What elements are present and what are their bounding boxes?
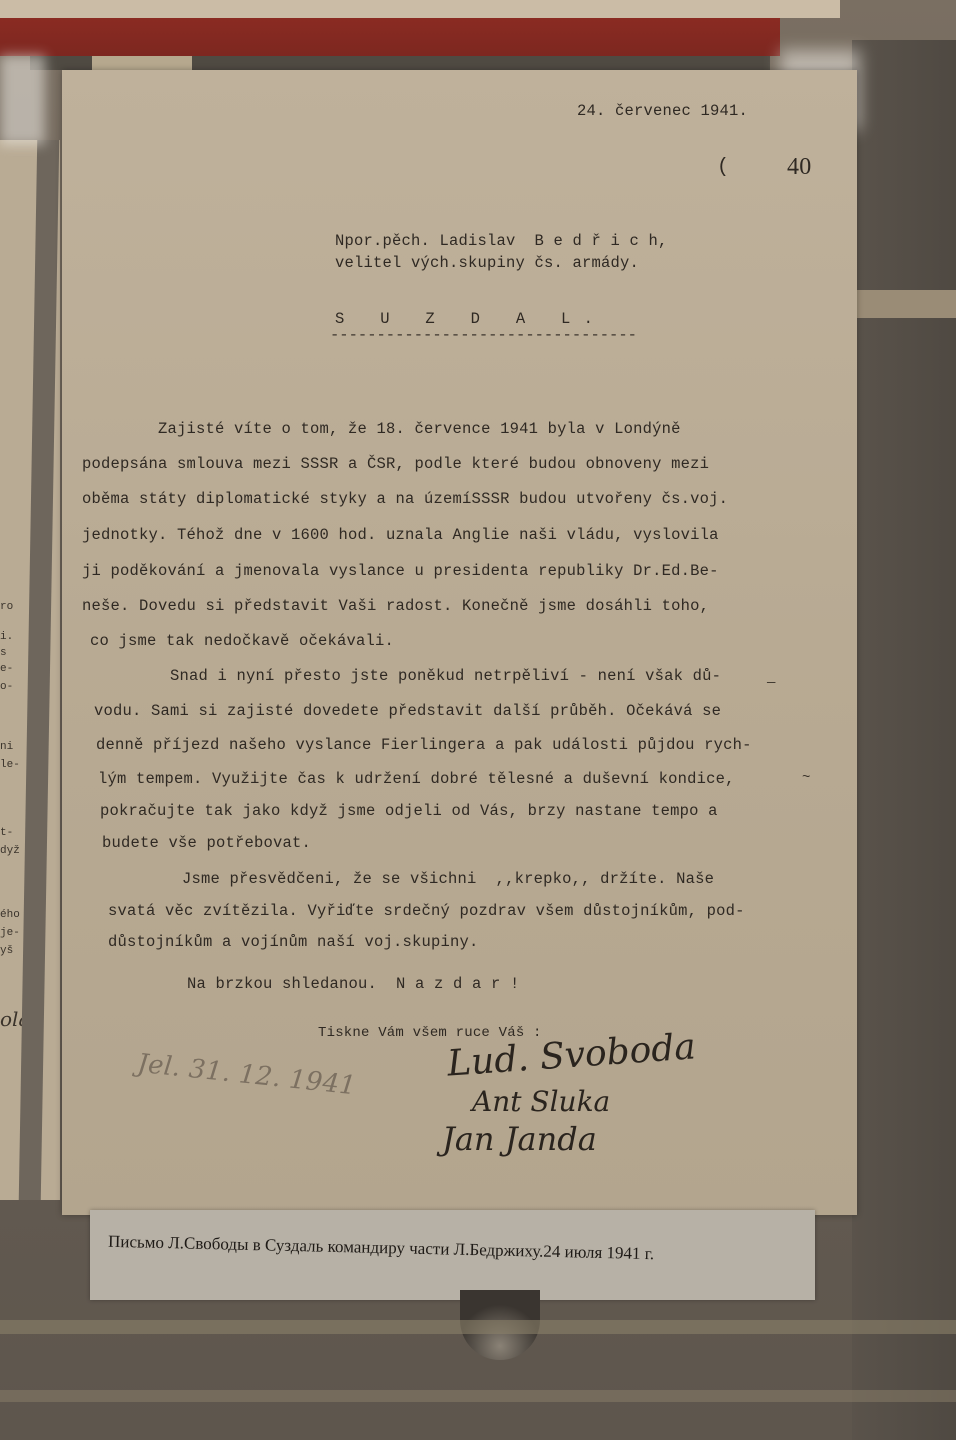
reflection-band bbox=[0, 1390, 956, 1402]
light-strip bbox=[852, 290, 956, 318]
red-display-band bbox=[0, 18, 780, 56]
body-line: neše. Dovedu si představit Vaši radost. … bbox=[82, 597, 709, 615]
fragment: yš bbox=[0, 944, 13, 958]
glass-glare bbox=[0, 55, 45, 145]
reflection-band bbox=[0, 1320, 956, 1334]
body-line: Snad i nyní přesto jste poněkud netrpěli… bbox=[94, 667, 721, 685]
body-line: svatá věc zvítězila. Vyřiďte srdečný poz… bbox=[108, 902, 745, 920]
reference-mark: ( bbox=[717, 156, 729, 179]
fragment: dyž bbox=[0, 844, 20, 858]
body-line: co jsme tak nedočkavě očekávali. bbox=[90, 632, 394, 650]
fragment: e- bbox=[0, 662, 13, 676]
recipient-line-1: Npor.pěch. Ladislav B e d ř i c h, bbox=[335, 232, 668, 250]
fragment: ro bbox=[0, 600, 13, 614]
recipient-line-2: velitel vých.skupiny čs. armády. bbox=[335, 254, 639, 272]
reference-number: 40 bbox=[787, 154, 811, 181]
body-line: vodu. Sami si zajisté dovedete představi… bbox=[94, 702, 721, 720]
margin-mark: — bbox=[767, 675, 775, 691]
fragment: je- bbox=[0, 926, 20, 940]
typed-letter: 24. červenec 1941. ( 40 Npor.pěch. Ladis… bbox=[62, 70, 857, 1215]
fragment: ni bbox=[0, 740, 13, 754]
fragment: o- bbox=[0, 680, 13, 694]
letter-date: 24. červenec 1941. bbox=[577, 102, 748, 120]
body-line: Zajisté víte o tom, že 18. července 1941… bbox=[82, 420, 681, 438]
signature-2: Ant Sluka bbox=[472, 1085, 610, 1118]
body-line: podepsána smlouva mezi SSSR a ČSR, podle… bbox=[82, 455, 709, 473]
body-line: oběma státy diplomatické styky a na územ… bbox=[82, 490, 728, 508]
fragment: ého bbox=[0, 908, 20, 922]
fragment: le- bbox=[0, 758, 20, 772]
museum-caption-label: Письмо Л.Свободы в Суздаль командиру час… bbox=[90, 1210, 815, 1300]
small-label bbox=[92, 56, 192, 70]
fragment: i. bbox=[0, 630, 13, 644]
adjacent-document-top bbox=[0, 0, 840, 18]
display-case-right-panel bbox=[852, 40, 956, 1440]
closing-line: Na brzkou shledanou. N a z d a r ! bbox=[187, 975, 520, 993]
fragment: t- bbox=[0, 826, 13, 840]
body-line: ji poděkování a jmenovala vyslance u pre… bbox=[82, 562, 719, 580]
body-line: pokračujte tak jako když jsme odjeli od … bbox=[100, 802, 718, 820]
city-underline: --------------------------------- bbox=[330, 326, 637, 344]
handwritten-date: Jel. 31. 12. 1941 bbox=[136, 1049, 357, 1102]
body-line: denně příjezd našeho vyslance Fierlinger… bbox=[96, 736, 752, 754]
fragment: s bbox=[0, 646, 7, 660]
body-line: lým tempem. Využijte čas k udržení dobré… bbox=[98, 770, 735, 788]
body-line: budete vše potřebovat. bbox=[102, 834, 311, 852]
body-line: jednotky. Téhož dne v 1600 hod. uznala A… bbox=[82, 526, 719, 544]
signature-3: Jan Janda bbox=[442, 1120, 597, 1158]
body-line: důstojníkům a vojínům naší voj.skupiny. bbox=[108, 933, 479, 951]
margin-mark: ~ bbox=[802, 770, 810, 786]
caption-text: Письмо Л.Свободы в Суздаль командиру час… bbox=[108, 1232, 654, 1264]
body-line: Jsme přesvědčeni, že se všichni ,,krepko… bbox=[106, 870, 714, 888]
